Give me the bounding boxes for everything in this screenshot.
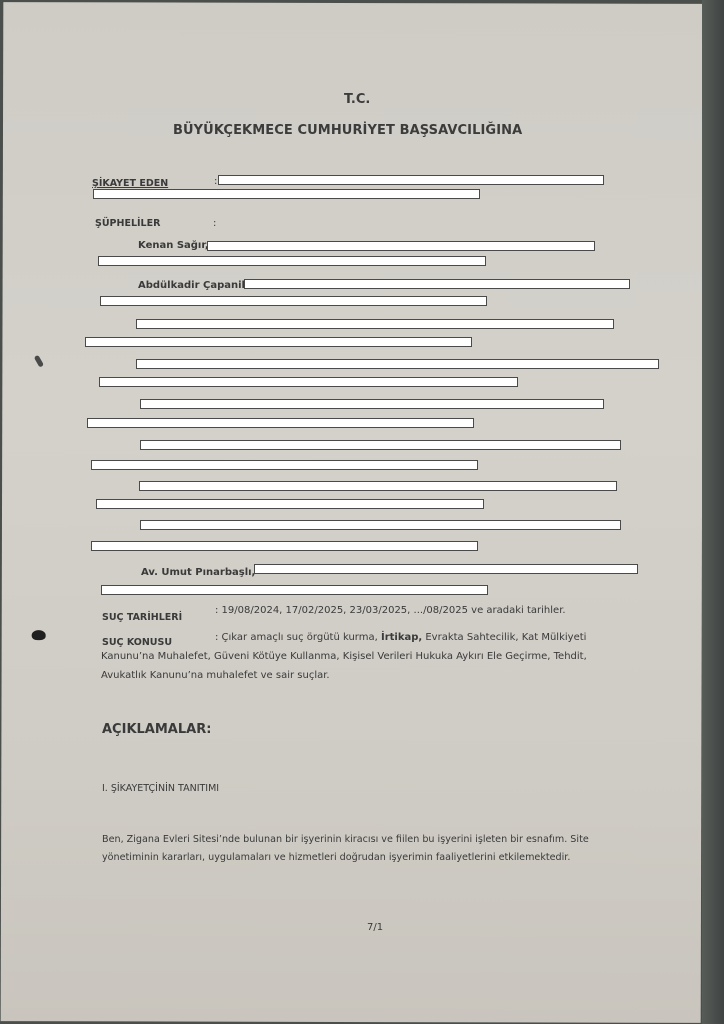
- redaction-box: [93, 189, 480, 199]
- crime-subject-text: : Çıkar amaçlı suç örgütü kurma,: [215, 632, 381, 643]
- crime-dates-value: : 19/08/2024, 17/02/2025, 23/03/2025, ..…: [215, 605, 566, 616]
- suspect-name: Kenan Sağır,: [138, 240, 209, 251]
- redaction-box: [100, 296, 487, 306]
- page-number: 7/1: [367, 922, 383, 933]
- redaction-box: [101, 585, 488, 595]
- suspects-label: ŞÜPHELİLER: [95, 218, 160, 229]
- redaction-box: [244, 279, 630, 289]
- crime-subject-line-3: Avukatlık Kanunu’na muhalefet ve sair su…: [101, 670, 330, 681]
- redaction-box: [139, 481, 617, 491]
- header-prosecutor-office: BÜYÜKÇEKMECE CUMHURİYET BAŞSAVCILIĞINA: [173, 123, 522, 138]
- redaction-box: [207, 241, 595, 251]
- header-tc: T.C.: [344, 92, 370, 107]
- document-page: [1, 2, 704, 1023]
- crime-subject-text: Evrakta Sahtecilik, Kat Mülkiyeti: [422, 632, 586, 643]
- section-1-paragraph-line-2: yönetiminin kararları, uygulamaları ve h…: [102, 852, 570, 863]
- crime-subject-line-1: : Çıkar amaçlı suç örgütü kurma, İrtikap…: [215, 632, 586, 643]
- punch-hole-mark: [34, 355, 44, 368]
- suspect-name: Abdülkadir Çapanik: [138, 280, 248, 291]
- complainant-label: ŞİKAYET EDEN: [92, 178, 168, 189]
- suspects-colon: :: [213, 218, 216, 229]
- redaction-box: [91, 460, 478, 470]
- redaction-box: [140, 440, 621, 450]
- redaction-box: [140, 520, 621, 530]
- crime-subject-bold: İrtikap,: [381, 632, 422, 643]
- redaction-box: [96, 499, 484, 509]
- redaction-box: [136, 359, 659, 369]
- redaction-box: [254, 564, 638, 574]
- section-1-title: I. ŞİKAYETÇİNİN TANITIMI: [102, 783, 219, 794]
- redaction-box: [98, 256, 486, 266]
- punch-hole-mark: [32, 630, 46, 640]
- redaction-box: [218, 175, 604, 185]
- crime-subject-line-2: Kanunu’na Muhalefet, Güveni Kötüye Kulla…: [101, 651, 587, 662]
- redaction-box: [91, 541, 478, 551]
- crime-subject-label: SUÇ KONUSU: [102, 637, 172, 648]
- complainant-colon: :: [214, 176, 217, 187]
- redaction-box: [85, 337, 472, 347]
- redaction-box: [140, 399, 604, 409]
- background-surface: [702, 0, 724, 1024]
- crime-dates-label: SUÇ TARİHLERİ: [102, 612, 182, 623]
- redaction-box: [136, 319, 614, 329]
- section-1-paragraph-line-1: Ben, Zigana Evleri Sitesi’nde bulunan bi…: [102, 834, 589, 845]
- suspect-name: Av. Umut Pınarbaşlı,: [141, 567, 255, 578]
- redaction-box: [87, 418, 474, 428]
- explanations-heading: AÇIKLAMALAR:: [102, 722, 211, 737]
- redaction-box: [99, 377, 518, 387]
